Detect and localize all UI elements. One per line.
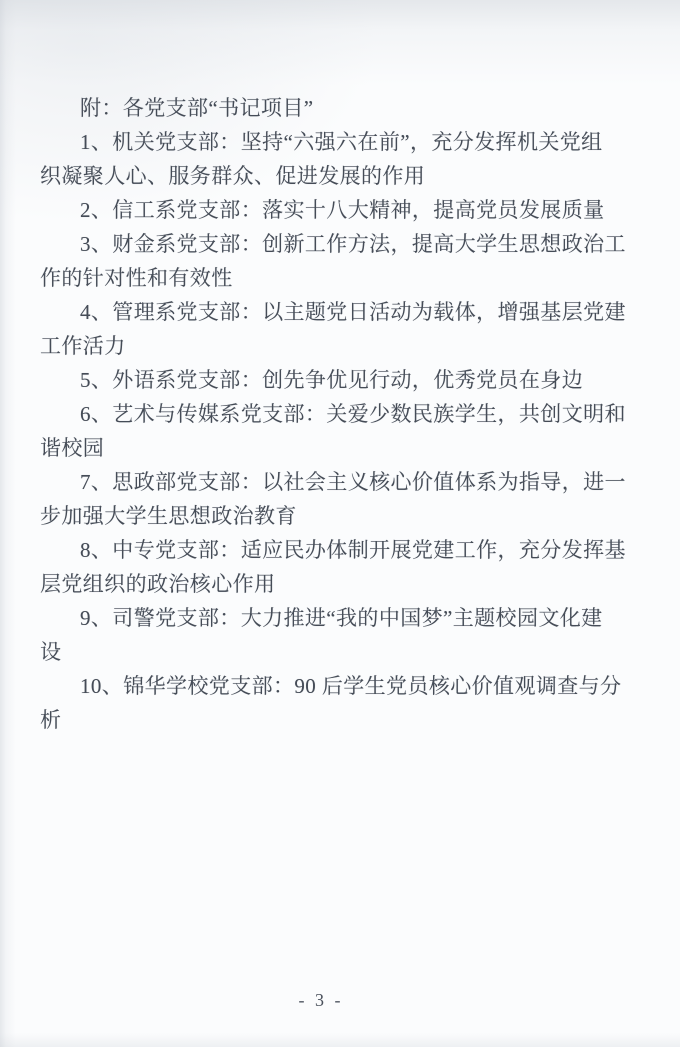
project-item-line: 9、司警党支部：大力推进“我的中国梦”主题校园文化建 [40,601,612,635]
project-item-line: 层党组织的政治核心作用 [40,567,612,601]
project-item-line: 工作活力 [40,329,612,363]
project-item-line: 1、机关党支部：坚持“六强六在前”，充分发挥机关党组 [40,125,612,159]
project-item-line: 4、管理系党支部：以主题党日活动为载体，增强基层党建 [40,295,612,329]
document-body: 附：各党支部“书记项目”1、机关党支部：坚持“六强六在前”，充分发挥机关党组织凝… [40,91,612,737]
project-item-line: 析 [40,703,612,737]
project-item-line: 步加强大学生思想政治教育 [40,499,612,533]
project-item-line: 作的针对性和有效性 [40,261,612,295]
project-item-line: 7、思政部党支部：以社会主义核心价值体系为指导，进一 [40,465,612,499]
project-item-line: 3、财金系党支部：创新工作方法，提高大学生思想政治工 [40,227,612,261]
project-item-line: 谐校园 [40,431,612,465]
attachment-heading-line: 附：各党支部“书记项目” [40,91,612,125]
project-item-line: 设 [40,635,612,669]
project-item-line: 6、艺术与传媒系党支部：关爱少数民族学生，共创文明和 [40,397,612,431]
project-item-line: 织凝聚人心、服务群众、促进发展的作用 [40,159,612,193]
scanned-page: 附：各党支部“书记项目”1、机关党支部：坚持“六强六在前”，充分发挥机关党组织凝… [0,0,680,1047]
project-item-line: 5、外语系党支部：创先争优见行动，优秀党员在身边 [40,363,612,397]
project-item-line: 2、信工系党支部：落实十八大精神，提高党员发展质量 [40,193,612,227]
page-number: - 3 - [0,990,642,1011]
project-item-line: 10、锦华学校党支部：90 后学生党员核心价值观调查与分 [40,669,612,703]
project-item-line: 8、中专党支部：适应民办体制开展党建工作，充分发挥基 [40,533,612,567]
